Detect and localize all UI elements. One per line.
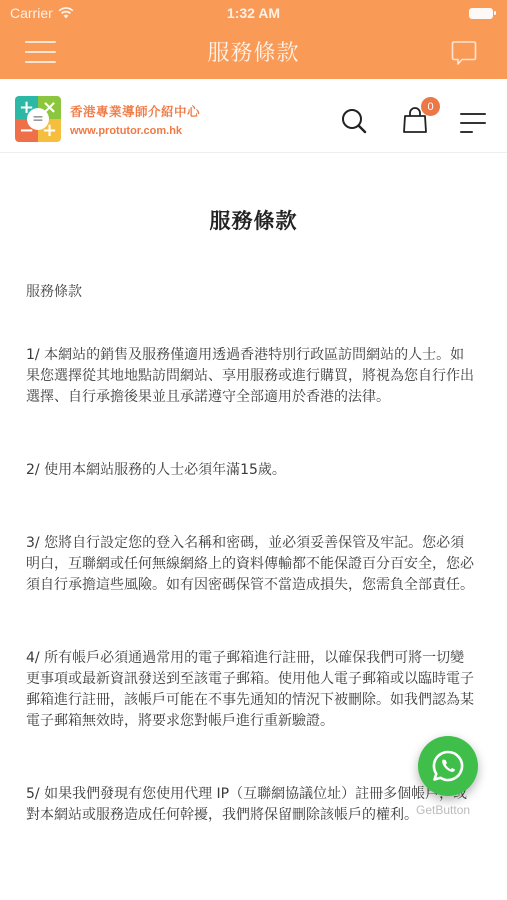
nav-bar: 服務條款 [0, 28, 507, 79]
equals-symbol: = [27, 108, 49, 130]
clause-1: 1/ 本網站的銷售及服務僅適用透過香港特別行政區訪問網站的人士。如果您選擇從其地… [26, 345, 476, 408]
terms-content: 服務條款 服務條款 1/ 本網站的銷售及服務僅適用透過香港特別行政區訪問網站的人… [0, 153, 507, 826]
logo-mark-icon: + × − + = [15, 96, 61, 142]
clock: 1:32 AM [0, 5, 507, 21]
site-logo[interactable]: + × − + = 香港專業導師介紹中心 www.protutor.com.hk [15, 96, 200, 142]
cart-count-badge: 0 [421, 97, 440, 116]
whatsapp-icon [431, 749, 465, 783]
clause-5: 5/ 如果我們發現有您使用代理 IP（互聯網協議位址）註冊多個帳戶，或對本網站或… [26, 784, 476, 826]
battery-icon [469, 8, 493, 19]
clause-2: 2/ 使用本網站服務的人士必須年滿15歲。 [26, 460, 476, 481]
chat-bubble-icon[interactable] [451, 40, 477, 68]
status-bar: Carrier 1:32 AM [0, 0, 507, 28]
getbutton-label: GetButton [416, 803, 470, 817]
whatsapp-button[interactable] [418, 736, 478, 796]
site-header: + × − + = 香港專業導師介紹中心 www.protutor.com.hk… [0, 79, 507, 153]
search-icon[interactable] [340, 107, 368, 135]
top-bar: Carrier 1:32 AM 服務條款 [0, 0, 507, 79]
clause-3: 3/ 您將自行設定您的登入名稱和密碼，並必須妥善保管及牢記。您必須明白，互聯網或… [26, 533, 476, 596]
menu-icon[interactable] [460, 113, 486, 135]
logo-text: 香港專業導師介紹中心 www.protutor.com.hk [70, 102, 200, 137]
logo-url: www.protutor.com.hk [70, 125, 200, 137]
nav-title: 服務條款 [0, 36, 507, 67]
intro-text: 服務條款 [26, 281, 481, 301]
logo-name: 香港專業導師介紹中心 [70, 102, 200, 120]
page-title: 服務條款 [26, 205, 481, 235]
clause-4: 4/ 所有帳戶必須通過常用的電子郵箱進行註冊，以確保我們可將一切變更事項或最新資… [26, 648, 476, 732]
